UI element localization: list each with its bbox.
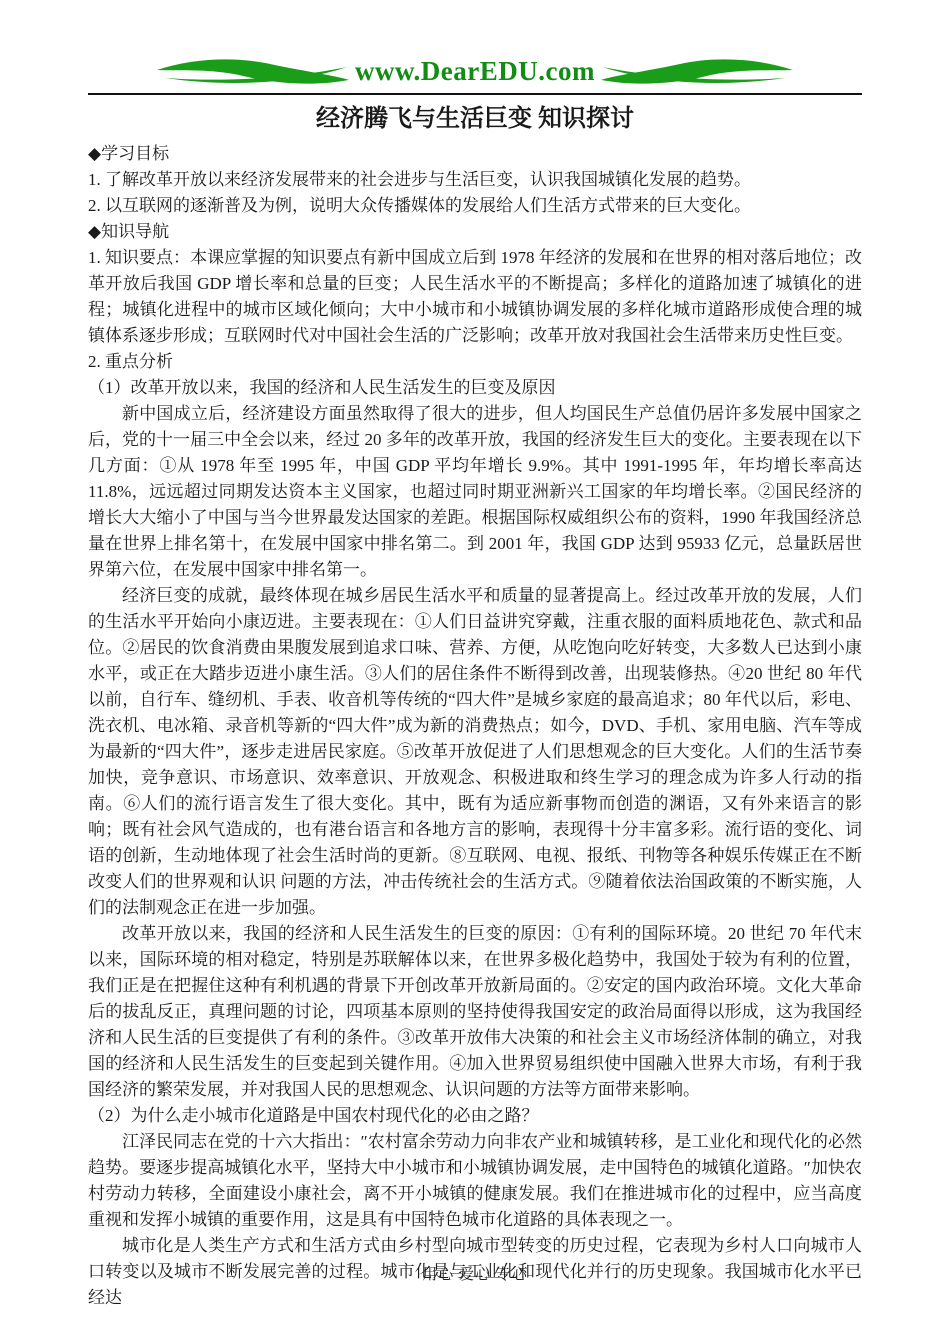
page-title: 经济腾飞与生活巨变 知识探讨 xyxy=(88,104,862,134)
objective-item-2: 2. 以互联网的逐渐普及为例，说明大众传播媒体的发展给人们生活方式带来的巨大变化… xyxy=(88,193,862,219)
header-rule xyxy=(88,93,862,95)
logo-text: www.DearEDU.com xyxy=(355,56,595,87)
objective-item-1: 1. 了解改革开放以来经济发展带来的社会进步与生活巨变，认识我国城镇化发展的趋势… xyxy=(88,167,862,193)
paragraph-reasons: 改革开放以来，我国的经济和人民生活发生的巨变的原因：①有利的国际环境。20 世纪… xyxy=(88,921,862,1103)
heading-learning-goals: ◆学习目标 xyxy=(88,141,862,167)
subheading-question-1: （1）改革开放以来，我国的经济和人民生活发生的巨变及原因 xyxy=(88,375,862,401)
dearedu-logo-banner: www.DearEDU.com xyxy=(88,50,862,92)
heading-key-analysis: 2. 重点分析 xyxy=(88,349,862,375)
subheading-question-2: （2）为什么走小城市化道路是中国农村现代化的必由之路？ xyxy=(88,1103,862,1129)
document-page: www.DearEDU.com 经济腾飞与生活巨变 知识探讨 ◆学习目标 1. … xyxy=(0,0,950,1344)
logo-swoosh-right-icon xyxy=(599,54,795,88)
logo-swoosh-left-icon xyxy=(155,54,351,88)
document-content: www.DearEDU.com 经济腾飞与生活巨变 知识探讨 ◆学习目标 1. … xyxy=(0,50,950,1311)
paragraph-economic-change: 新中国成立后，经济建设方面虽然取得了很大的进步，但人均国民生产总值仍居许多发展中… xyxy=(88,401,862,583)
page-footer: 用心 爱心 专心 xyxy=(0,1263,950,1284)
paragraph-living-standards: 经济巨变的成就，最终体现在城乡居民生活水平和质量的显著提高上。经过改革开放的发展… xyxy=(88,583,862,921)
knowledge-points-paragraph: 1. 知识要点：本课应掌握的知识要点有新中国成立后到 1978 年经济的发展和在… xyxy=(88,245,862,349)
heading-knowledge-nav: ◆知识导航 xyxy=(88,219,862,245)
paragraph-jiang-quote: 江泽民同志在党的十六大指出：″农村富余劳动力向非农产业和城镇转移，是工业化和现代… xyxy=(88,1129,862,1233)
